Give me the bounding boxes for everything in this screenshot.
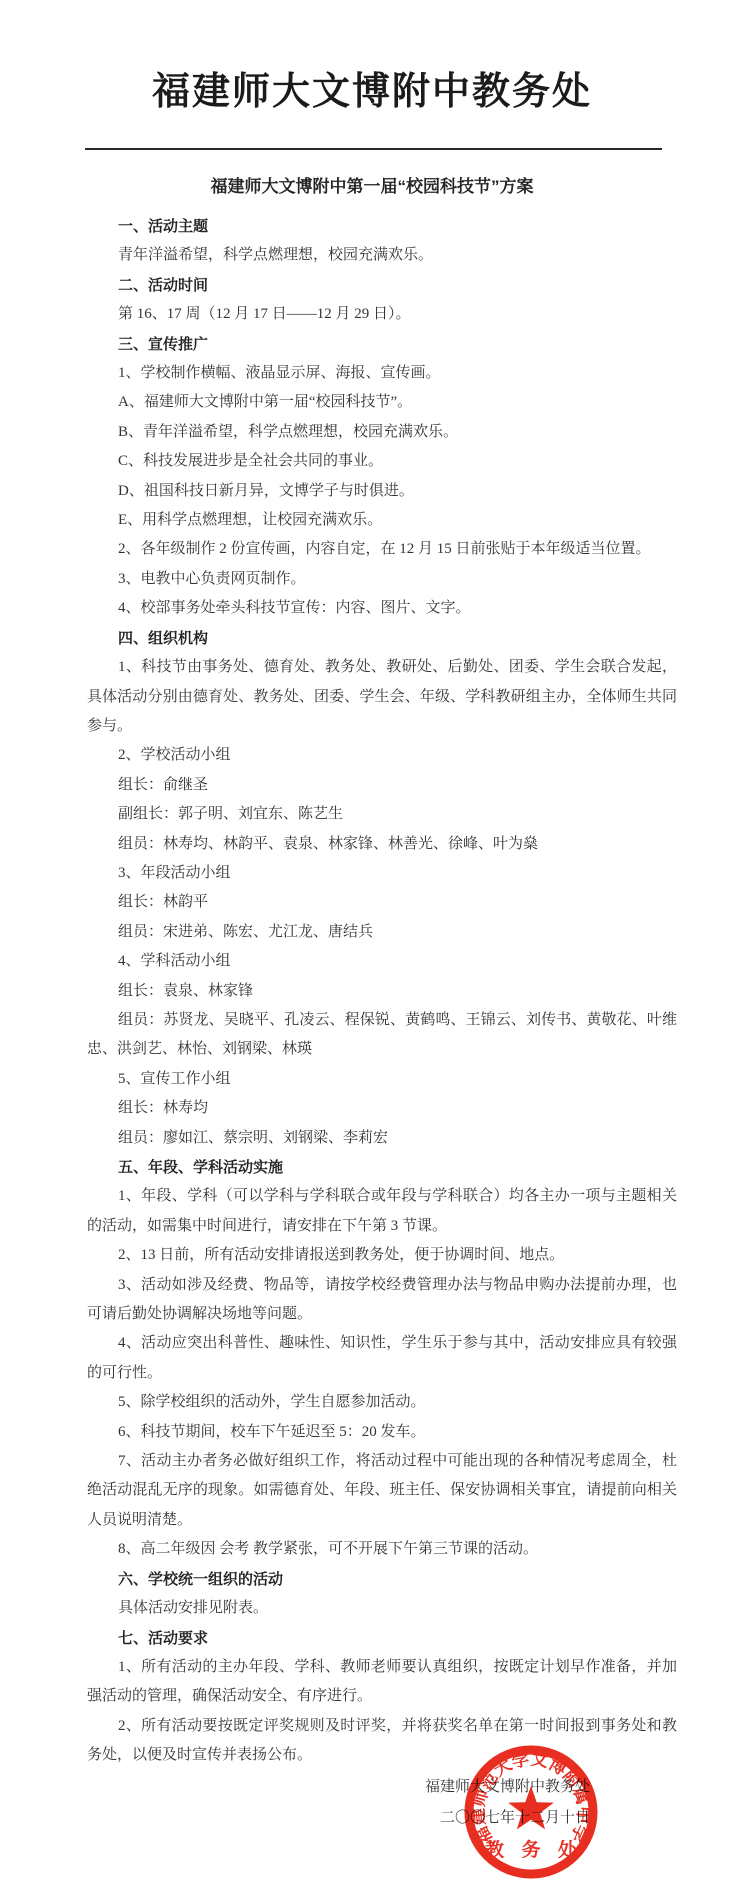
paragraph: 青年洋溢希望，科学点燃理想，校园充满欢乐。	[87, 241, 677, 270]
document-body: 一、活动主题青年洋溢希望，科学点燃理想，校园充满欢乐。二、活动时间第 16、17…	[0, 212, 744, 1771]
paragraph: 组长：袁泉、林家锋	[87, 977, 677, 1006]
paragraph: 4、活动应突出科普性、趣味性、知识性，学生乐于参与其中，活动安排应具有较强的可行…	[87, 1329, 677, 1388]
paragraph: 2、13 日前，所有活动安排请报送到教务处，便于协调时间、地点。	[87, 1241, 677, 1270]
paragraph: B、青年洋溢希望，科学点燃理想，校园充满欢乐。	[87, 418, 677, 447]
section-heading: 四、组织机构	[87, 624, 677, 653]
document-page: 福建师大文博附中教务处 福建师大文博附中第一届“校园科技节”方案 一、活动主题青…	[0, 68, 744, 1834]
paragraph: 组员：宋进弟、陈宏、尤江龙、唐结兵	[87, 918, 677, 947]
paragraph: 3、年段活动小组	[87, 859, 677, 888]
paragraph: D、祖国科技日新月异，文博学子与时俱进。	[87, 477, 677, 506]
paragraph: 1、学校制作横幅、液晶显示屏、海报、宣传画。	[87, 359, 677, 388]
section-heading: 三、宣传推广	[87, 330, 677, 359]
page-title: 福建师大文博附中第一届“校园科技节”方案	[0, 172, 744, 197]
paragraph: 组长：林韵平	[87, 888, 677, 917]
paragraph: 组员：林寿均、林韵平、袁泉、林家锋、林善光、徐峰、叶为燊	[87, 830, 677, 859]
paragraph: 5、除学校组织的活动外，学生自愿参加活动。	[87, 1388, 677, 1417]
paragraph: 3、活动如涉及经费、物品等，请按学校经费管理办法与物品申购办法提前办理，也可请后…	[87, 1271, 677, 1330]
signature-date: 二〇〇七年十二月十日	[0, 1803, 590, 1834]
paragraph: 组员：廖如江、蔡宗明、刘钢梁、李莉宏	[87, 1124, 677, 1153]
paragraph: 5、宣传工作小组	[87, 1065, 677, 1094]
paragraph: 7、活动主办者务必做好组织工作，将活动过程中可能出现的各种情况考虑周全，杜绝活动…	[87, 1447, 677, 1535]
paragraph: 1、科技节由事务处、德育处、教务处、教研处、后勤处、团委、学生会联合发起，具体活…	[87, 653, 677, 741]
section-heading: 二、活动时间	[87, 271, 677, 300]
seal-office-label: 教务处	[485, 1838, 577, 1861]
letterhead-title: 福建师大文博附中教务处	[40, 68, 704, 116]
section-heading: 五、年段、学科活动实施	[87, 1153, 677, 1182]
paragraph: 6、科技节期间，校车下午延迟至 5：20 发车。	[87, 1418, 677, 1447]
paragraph: 8、高二年级因 会考 教学紧张，可不开展下午第三节课的活动。	[87, 1535, 677, 1564]
section-heading: 六、学校统一组织的活动	[87, 1565, 677, 1594]
paragraph: 副组长：郭子明、刘宜东、陈艺生	[87, 800, 677, 829]
paragraph: 1、年段、学科（可以学科与学科联合或年段与学科联合）均各主办一项与主题相关的活动…	[87, 1182, 677, 1241]
letterhead-divider	[85, 148, 662, 150]
paragraph: 4、校部事务处牵头科技节宣传：内容、图片、文字。	[87, 594, 677, 623]
paragraph: A、福建师大文博附中第一届“校园科技节”。	[87, 388, 677, 417]
paragraph: 具体活动安排见附表。	[87, 1594, 677, 1623]
paragraph: C、科技发展进步是全社会共同的事业。	[87, 447, 677, 476]
paragraph: 4、学科活动小组	[87, 947, 677, 976]
paragraph: 组员：苏贤龙、吴晓平、孔凌云、程保锐、黄鹤鸣、王锦云、刘传书、黄敬花、叶维忠、洪…	[87, 1006, 677, 1065]
paragraph: 2、学校活动小组	[87, 741, 677, 770]
paragraph: 第 16、17 周（12 月 17 日——12 月 29 日）。	[87, 300, 677, 329]
paragraph: 组长：林寿均	[87, 1094, 677, 1123]
paragraph: 组长：俞继圣	[87, 771, 677, 800]
paragraph: 2、各年级制作 2 份宣传画，内容自定，在 12 月 15 日前张贴于本年级适当…	[87, 535, 677, 564]
paragraph: 3、电教中心负责网页制作。	[87, 565, 677, 594]
section-heading: 一、活动主题	[87, 212, 677, 241]
signature-block: 福建师大文博附中教务处 二〇〇七年十二月十日	[0, 1772, 744, 1834]
paragraph: 2、所有活动要按既定评奖规则及时评奖，并将获奖名单在第一时间报到事务处和教务处，…	[87, 1712, 677, 1771]
section-heading: 七、活动要求	[87, 1624, 677, 1653]
signature-org: 福建师大文博附中教务处	[0, 1772, 590, 1803]
paragraph: E、用科学点燃理想，让校园充满欢乐。	[87, 506, 677, 535]
paragraph: 1、所有活动的主办年段、学科、教师老师要认真组织，按既定计划早作准备，并加强活动…	[87, 1653, 677, 1712]
